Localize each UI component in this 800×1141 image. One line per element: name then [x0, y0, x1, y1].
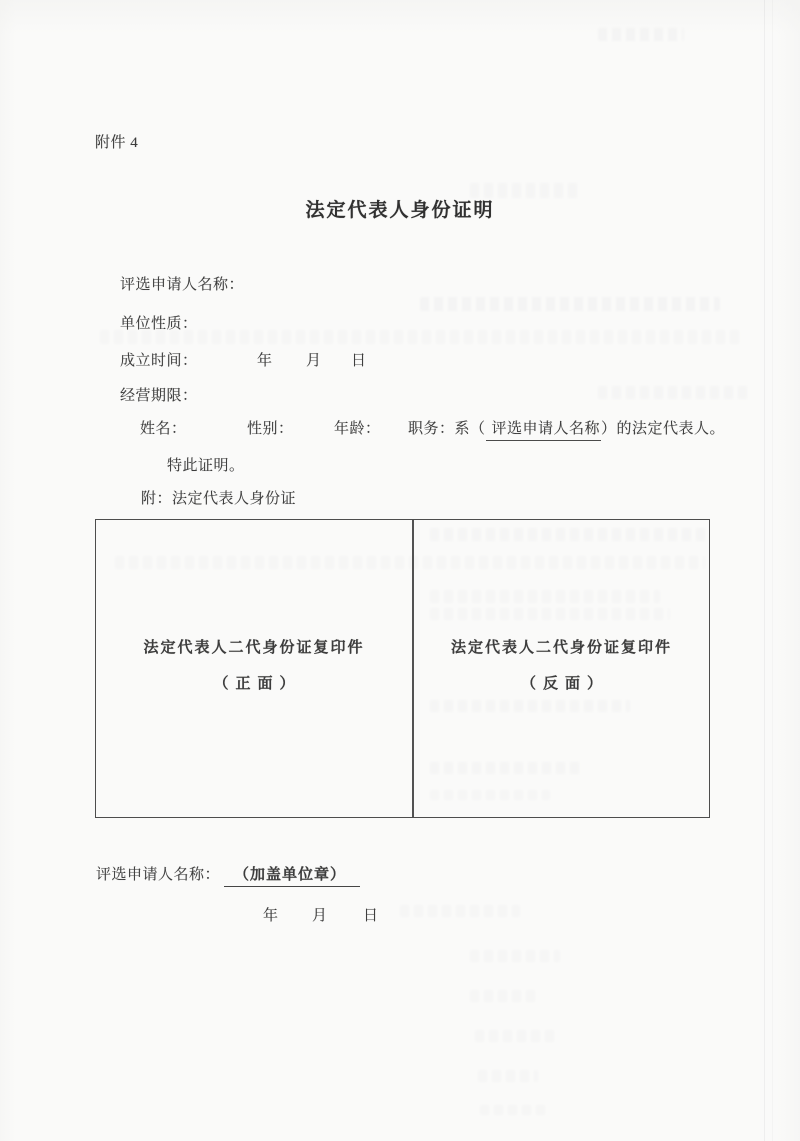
- bleed-through-ghost: [598, 28, 684, 41]
- bleed-through-ghost: [480, 1105, 550, 1115]
- attachment-label: 附件 4: [95, 134, 138, 153]
- signature-day-label: 日: [363, 907, 379, 926]
- field-gender-label: 性别：: [247, 420, 294, 439]
- bleed-through-ghost: [475, 1030, 555, 1042]
- position-underlined-blank: 评选申请人名称: [486, 420, 602, 441]
- field-business-term-label: 经营期限：: [120, 387, 198, 406]
- bleed-through-ghost: [598, 386, 748, 399]
- bleed-through-ghost: [470, 990, 540, 1002]
- field-position-statement: 职务：系（评选申请人名称）的法定代表人。: [408, 420, 725, 441]
- document-title: 法定代表人身份证明: [0, 195, 800, 222]
- field-name-label: 姓名：: [140, 420, 187, 439]
- id-copy-box: 法定代表人二代身份证复印件 （正面） 法定代表人二代身份证复印件 （反面）: [95, 519, 710, 818]
- id-front-cell: 法定代表人二代身份证复印件 （正面）: [96, 520, 412, 817]
- position-prefix: 职务：系（: [408, 421, 486, 437]
- field-applicant-name-label: 评选申请人名称：: [120, 276, 244, 295]
- establish-month-label: 月: [306, 352, 322, 371]
- establish-year-label: 年: [257, 352, 273, 371]
- bleed-through-ghost: [420, 297, 720, 311]
- bleed-through-ghost: [400, 905, 520, 917]
- seal-note-blank: （加盖单位章）: [224, 866, 360, 887]
- scan-fold-line: [772, 0, 773, 1141]
- signature-row: 评选申请人名称：（加盖单位章）: [96, 866, 360, 887]
- id-front-title: 法定代表人二代身份证复印件: [143, 639, 364, 658]
- signature-year-label: 年: [263, 907, 279, 926]
- bleed-through-ghost: [478, 1070, 538, 1082]
- id-front-side-label: （正面）: [206, 675, 301, 694]
- id-back-cell: 法定代表人二代身份证复印件 （反面）: [414, 520, 709, 817]
- id-back-side-label: （反面）: [514, 675, 609, 694]
- id-back-title: 法定代表人二代身份证复印件: [451, 639, 672, 658]
- establish-day-label: 日: [351, 352, 367, 371]
- field-age-label: 年龄：: [334, 420, 381, 439]
- position-suffix: ）的法定代表人。: [601, 421, 725, 437]
- field-unit-nature-label: 单位性质：: [120, 315, 198, 334]
- field-establish-date-label: 成立时间：: [120, 352, 198, 371]
- signature-month-label: 月: [312, 907, 328, 926]
- signature-applicant-label: 评选申请人名称：: [96, 867, 220, 883]
- scan-fold-line: [764, 0, 765, 1141]
- bleed-through-ghost: [470, 950, 560, 962]
- certify-statement: 特此证明。: [167, 457, 245, 476]
- scanned-document-page: 附件 4 法定代表人身份证明 评选申请人名称： 单位性质： 成立时间： 年 月 …: [0, 0, 800, 1141]
- attachment-note: 附：法定代表人身份证: [141, 490, 296, 509]
